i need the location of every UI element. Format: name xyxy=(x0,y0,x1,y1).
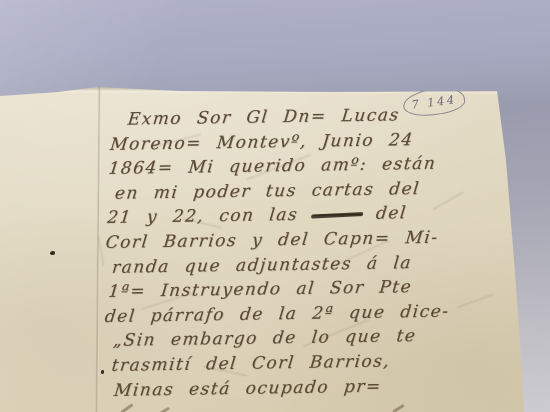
letter-line-5-pre: 21 y 22, con las xyxy=(106,205,314,228)
letter-line-5-post: del xyxy=(360,204,408,225)
cutoff-line-stroke xyxy=(120,403,133,412)
letter-text-block: Exmo Sor Gl Dn= Lucas Moreno= Montevº, J… xyxy=(100,101,535,403)
photo-of-handwritten-letter: Exmo Sor Gl Dn= Lucas Moreno= Montevº, J… xyxy=(0,0,550,412)
pencil-archive-number-text: 7 144 xyxy=(411,92,458,111)
cutoff-line-stroke xyxy=(392,404,405,412)
crossed-out-word: ——— xyxy=(312,204,362,225)
ink-speck xyxy=(50,251,55,255)
cutoff-line-stroke xyxy=(160,407,170,412)
